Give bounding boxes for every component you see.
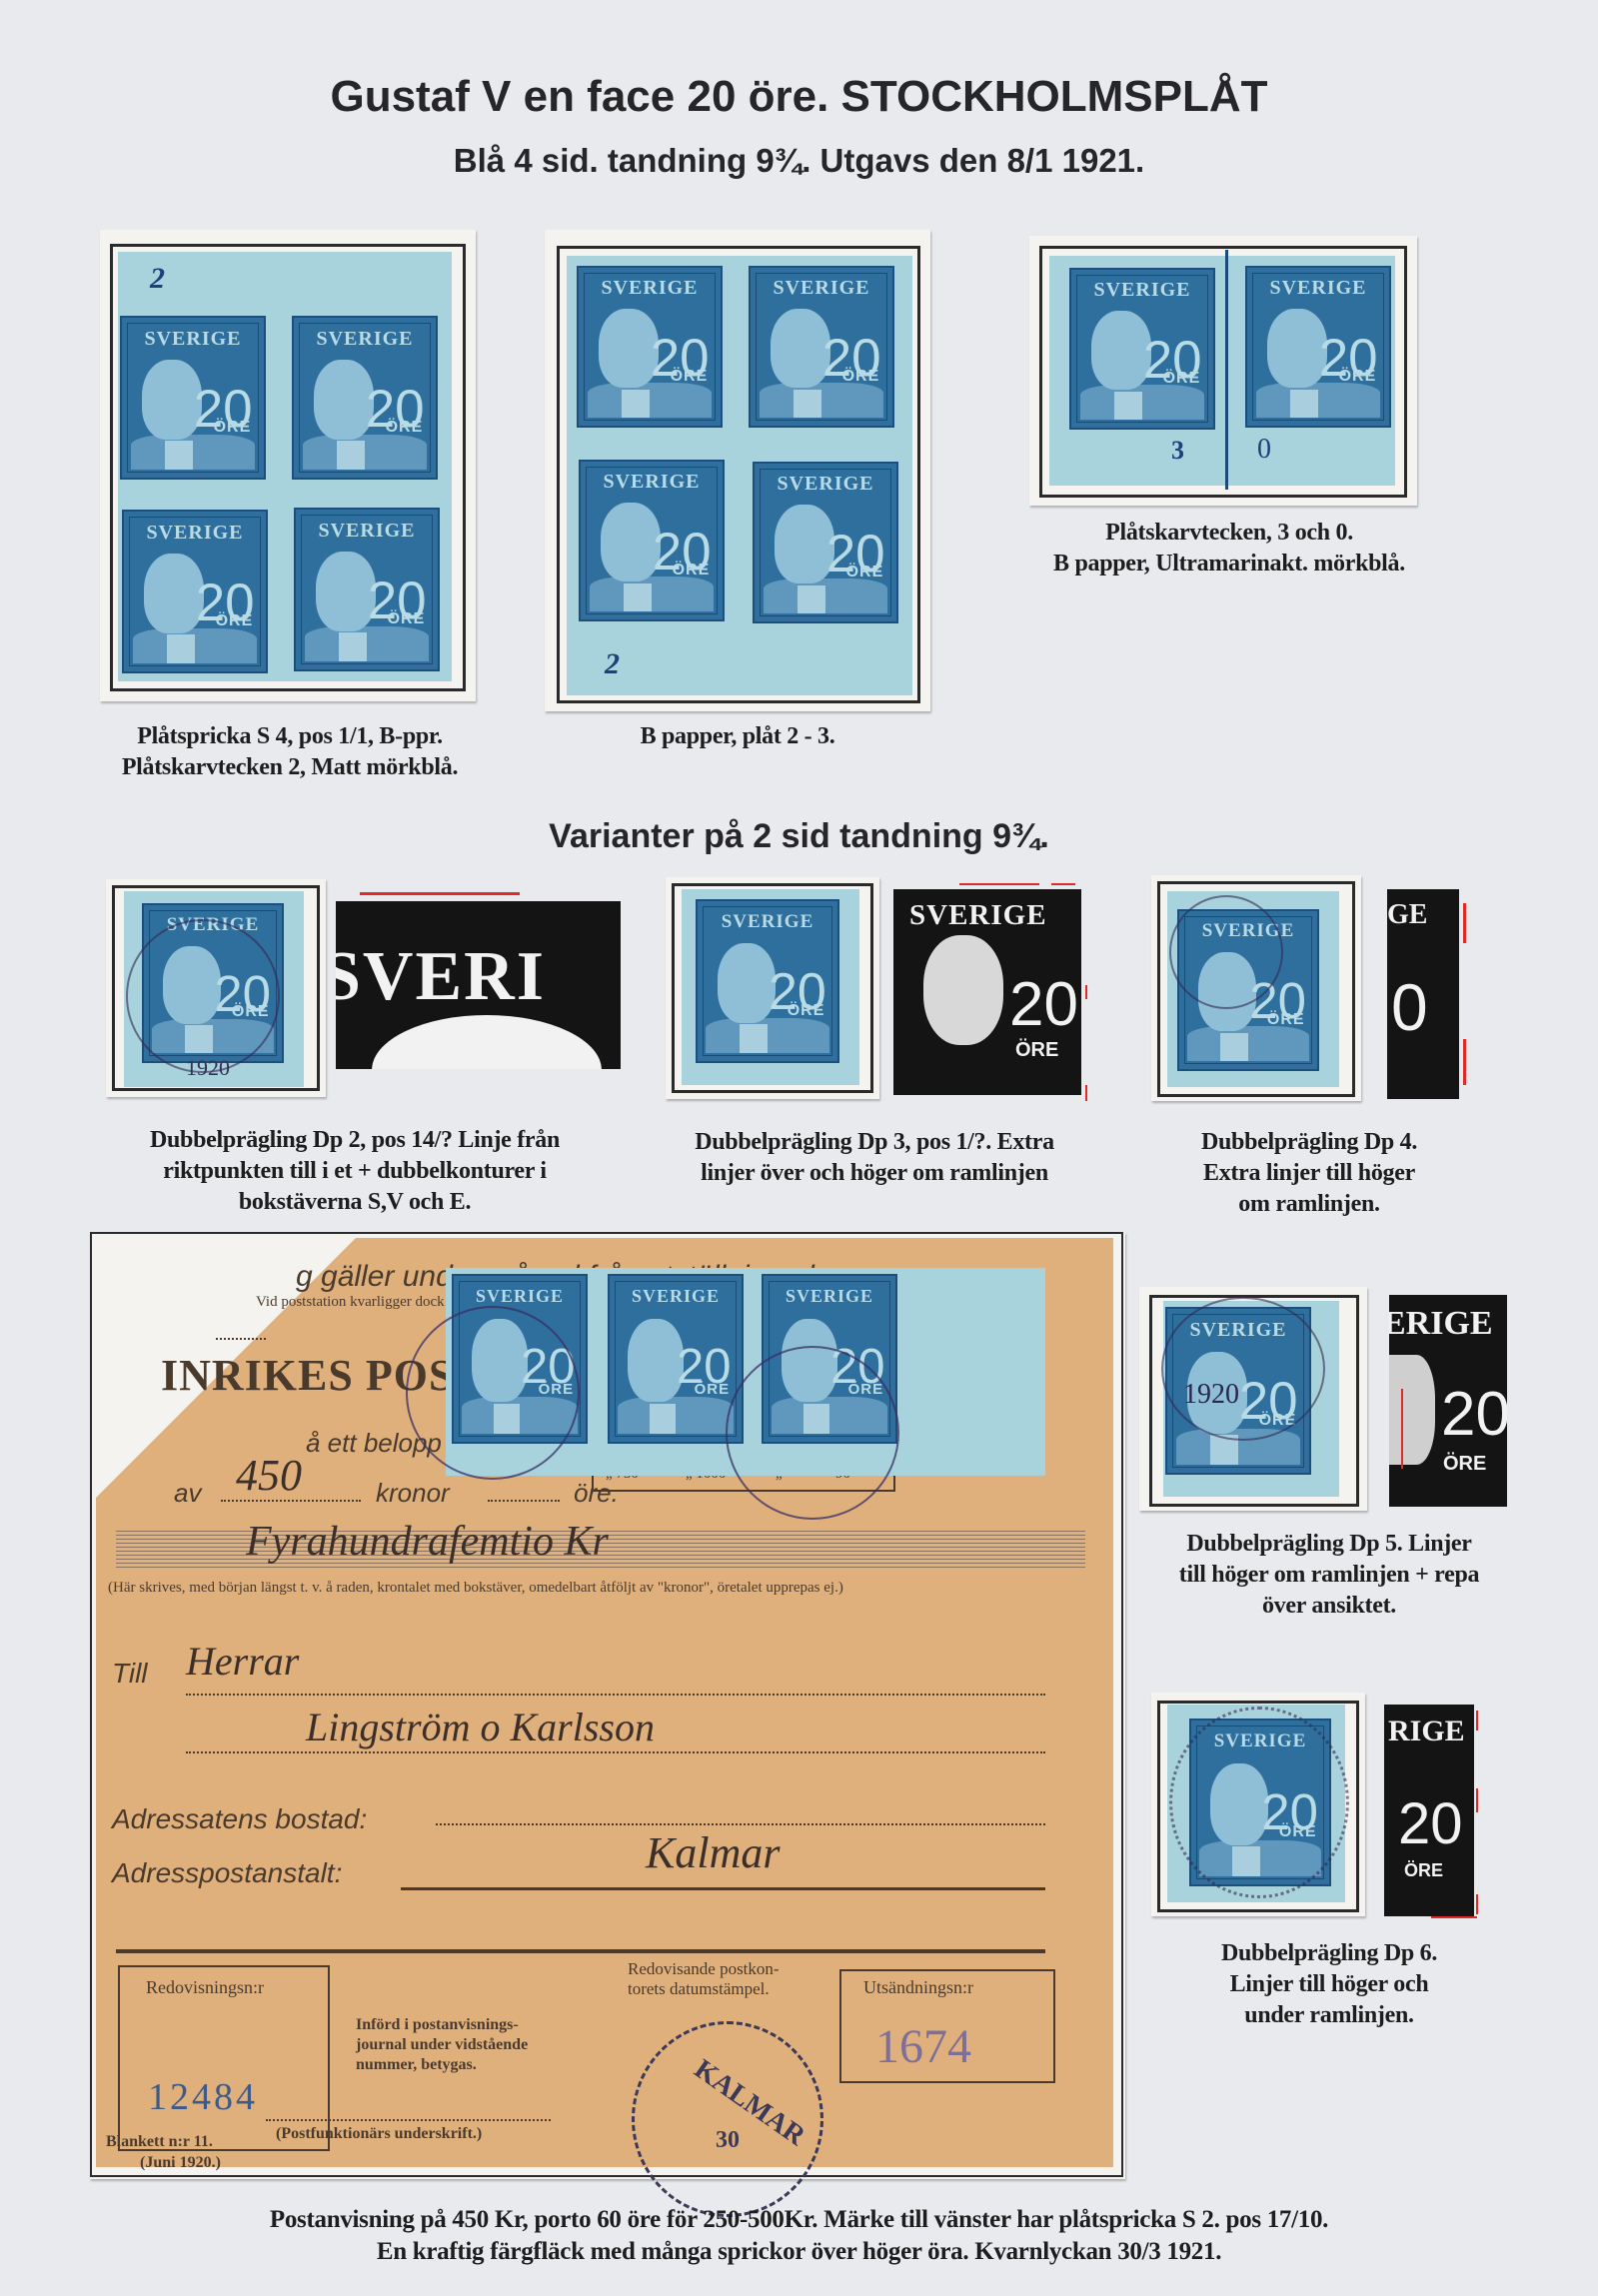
red-annotation bbox=[1085, 1085, 1087, 1101]
stamp: SVERIGE20ÖRE bbox=[122, 510, 268, 673]
stamp: SVERIGE20ÖRE bbox=[577, 266, 723, 428]
to-label: Till bbox=[112, 1658, 148, 1690]
enlargement-text: ERIGE bbox=[1389, 1305, 1493, 1343]
dp4-mount: SVERIGE20ÖRE bbox=[1151, 875, 1361, 1101]
accounting-value: 12484 bbox=[148, 2075, 258, 2119]
dispatch-label: Utsändningsn:r bbox=[863, 1977, 973, 1998]
stamp: SVERIGE20ÖRE bbox=[1069, 268, 1215, 430]
stamp-unit: ÖRE bbox=[673, 562, 711, 579]
dp2-enlargement: SVERI bbox=[336, 901, 621, 1069]
stamp-country: SVERIGE bbox=[1247, 277, 1389, 300]
enlargement-unit: ÖRE bbox=[1404, 1860, 1443, 1881]
cancellation bbox=[1161, 1297, 1325, 1441]
stamp-unit: ÖRE bbox=[1267, 1011, 1305, 1029]
stamp-country: SVERIGE bbox=[1071, 279, 1213, 302]
residence-label: Adressatens bostad: bbox=[112, 1803, 367, 1835]
cancel-year: 1920 bbox=[186, 1055, 230, 1081]
caption-line: om ramlinjen. bbox=[1159, 1189, 1459, 1220]
caption-line: Dubbelprägling Dp 2, pos 14/? Linje från bbox=[95, 1125, 615, 1156]
caption-line: Dubbelprägling Dp 6. bbox=[1139, 1938, 1519, 1969]
red-annotation bbox=[1431, 1916, 1477, 1918]
caption-line: över ansiktet. bbox=[1139, 1591, 1519, 1622]
portrait bbox=[628, 1319, 683, 1402]
enlargement-text: RIGE bbox=[1388, 1715, 1465, 1748]
portrait bbox=[601, 503, 661, 581]
portrait bbox=[142, 360, 202, 440]
stamp-unit: ÖRE bbox=[214, 419, 252, 437]
caption-line: bokstäverna S,V och E. bbox=[95, 1187, 615, 1218]
stamp-unit: ÖRE bbox=[1339, 368, 1377, 386]
dp5-caption: Dubbelprägling Dp 5. Linjer till höger o… bbox=[1139, 1529, 1519, 1622]
stamp: SVERIGE20ÖRE bbox=[1245, 266, 1391, 428]
accounting-label: Redovisningsn:r bbox=[146, 1977, 264, 1998]
form-date: (Juni 1920.) bbox=[140, 2154, 221, 2172]
datestamp-line: Redovisande postkon- bbox=[628, 1959, 780, 1979]
stamp-country: SVERIGE bbox=[581, 471, 723, 494]
red-annotation bbox=[1476, 1894, 1478, 1914]
journal-line: journal under vidstående bbox=[356, 2035, 528, 2055]
red-annotation bbox=[1051, 883, 1075, 885]
caption-line: En kraftig färgfläck med många sprickor … bbox=[0, 2236, 1598, 2268]
plate-join-line bbox=[1225, 250, 1228, 490]
dispatch-value: 1674 bbox=[875, 2019, 971, 2074]
stamp-unit: ÖRE bbox=[846, 564, 884, 581]
portrait bbox=[599, 309, 659, 388]
portrait bbox=[314, 360, 374, 440]
stamp-country: SVERIGE bbox=[122, 328, 264, 351]
dp5-mount: SVERIGE20ÖRE 1920 bbox=[1139, 1287, 1367, 1511]
cancellation bbox=[1169, 1707, 1349, 1898]
page-subtitle: Blå 4 sid. tandning 9¾. Utgavs den 8/1 1… bbox=[0, 142, 1598, 180]
postmark-day: 30 bbox=[716, 2127, 740, 2154]
cancellation bbox=[406, 1306, 580, 1480]
stamp: SVERIGE20ÖRE bbox=[753, 462, 898, 623]
portrait bbox=[316, 552, 376, 631]
cancellation bbox=[726, 1346, 899, 1520]
datestamp-line: torets datumstämpel. bbox=[628, 1979, 780, 1999]
portrait bbox=[144, 554, 204, 633]
stamp-country: SVERIGE bbox=[764, 1286, 895, 1307]
portrait bbox=[718, 943, 777, 1023]
stamp: SVERIGE20ÖRE bbox=[292, 316, 438, 480]
caption-line: riktpunkten till i et + dubbelkonturer i bbox=[95, 1156, 615, 1187]
dp2-caption: Dubbelprägling Dp 2, pos 14/? Linje från… bbox=[95, 1125, 615, 1218]
amount-in-words: Fyrahundrafemtio Kr bbox=[246, 1518, 609, 1566]
stamp-country: SVERIGE bbox=[610, 1286, 742, 1307]
block-1-mount: 2 SVERIGE20ÖRE SVERIGE20ÖRE SVERIGE20ÖRE… bbox=[100, 230, 476, 701]
dp3-enlargement: SVERIGE 20 ÖRE bbox=[893, 889, 1081, 1095]
red-annotation bbox=[1085, 985, 1087, 999]
dp4-caption: Dubbelprägling Dp 4. Extra linjer till h… bbox=[1159, 1127, 1459, 1220]
variants-heading: Varianter på 2 sid tandning 9¾. bbox=[0, 817, 1598, 856]
dp5-enlargement: ERIGE 20 ÖRE bbox=[1389, 1295, 1507, 1507]
cancellation bbox=[1169, 895, 1283, 1009]
red-annotation bbox=[1476, 1788, 1478, 1812]
stamp-unit: ÖRE bbox=[842, 368, 880, 386]
cancellation bbox=[126, 919, 280, 1073]
stamp-country: SVERIGE bbox=[296, 520, 438, 543]
caption-line: B papper, plåt 2 - 3. bbox=[545, 721, 930, 752]
journal-line: Införd i postanvisnings- bbox=[356, 2015, 528, 2035]
enlargement-value: 20 bbox=[1441, 1379, 1507, 1450]
caption-line: under ramlinjen. bbox=[1139, 2000, 1519, 2031]
plate-mark-0: 0 bbox=[1257, 434, 1271, 466]
caption-line: Plåtspricka S 4, pos 1/1, B-ppr. bbox=[70, 721, 510, 752]
stamp-unit: ÖRE bbox=[788, 1002, 825, 1020]
caption-line: Extra linjer till höger bbox=[1159, 1158, 1459, 1189]
stamp-country: SVERIGE bbox=[124, 522, 266, 545]
to-line-1: Herrar bbox=[186, 1638, 299, 1685]
enlargement-value: 20 bbox=[1398, 1790, 1463, 1857]
enlargement-text: GE bbox=[1387, 899, 1427, 931]
validity-sub: Vid poststation kvarligger dock bbox=[256, 1294, 445, 1311]
caption-line: till höger om ramlinjen + repa bbox=[1139, 1560, 1519, 1591]
portrait bbox=[771, 309, 830, 388]
stamp: SVERIGE20ÖRE bbox=[120, 316, 266, 480]
red-annotation bbox=[1463, 1039, 1466, 1085]
red-annotation bbox=[1476, 1711, 1478, 1730]
enlargement-text: SVERIGE bbox=[909, 899, 1047, 932]
dp6-mount: SVERIGE20ÖRE bbox=[1151, 1693, 1365, 1916]
money-order-mount: g gäller under e ånad från utställningsd… bbox=[90, 1232, 1125, 2179]
red-annotation bbox=[1401, 1389, 1403, 1469]
money-order-caption: Postanvisning på 450 Kr, porto 60 öre fö… bbox=[0, 2204, 1598, 2268]
stamp-unit: ÖRE bbox=[671, 368, 709, 386]
caption-line: Plåtskarvtecken 2, Matt mörkblå. bbox=[70, 752, 510, 783]
portrait bbox=[775, 505, 834, 583]
plate-mark-3: 3 bbox=[1171, 436, 1184, 466]
signature-label: (Postfunktionärs underskrift.) bbox=[276, 2125, 482, 2143]
money-order-card: g gäller under e ånad från utställningsd… bbox=[96, 1238, 1113, 2167]
caption-line: Postanvisning på 450 Kr, porto 60 öre fö… bbox=[0, 2204, 1598, 2236]
stamp-unit: ÖRE bbox=[388, 610, 426, 628]
stamp: SVERIGE20ÖRE bbox=[579, 460, 725, 621]
stamp-country: SVERIGE bbox=[751, 277, 892, 300]
caption-line: Linjer till höger och bbox=[1139, 1969, 1519, 2000]
enlargement-text: SVERI bbox=[336, 937, 546, 1017]
journal-note: Införd i postanvisnings- journal under v… bbox=[356, 2015, 528, 2075]
stamp: SVERIGE20ÖRE bbox=[749, 266, 894, 428]
dp3-caption: Dubbelprägling Dp 3, pos 1/?. Extra linj… bbox=[640, 1127, 1109, 1189]
cancel-year: 1920 bbox=[1183, 1379, 1239, 1411]
datestamp-label: Redovisande postkon- torets datumstämpel… bbox=[628, 1959, 780, 1999]
form-number: Blankett n:r 11. bbox=[106, 2133, 213, 2151]
post-office-value: Kalmar bbox=[646, 1827, 780, 1878]
stamp: SVERIGE20ÖRE bbox=[696, 899, 839, 1063]
enlargement-digit: 0 bbox=[1391, 969, 1428, 1045]
caption-line: linjer över och höger om ramlinjen bbox=[640, 1158, 1109, 1189]
block-3-caption: Plåtskarvtecken, 3 och 0. B papper, Ultr… bbox=[1009, 518, 1449, 579]
block-3-mount: 3 0 SVERIGE20ÖRE SVERIGE20ÖRE bbox=[1029, 236, 1417, 506]
kronor-label: kronor bbox=[376, 1478, 450, 1509]
stamp-unit: ÖRE bbox=[1163, 370, 1201, 388]
red-annotation bbox=[959, 883, 1039, 885]
instructions: (Här skrives, med början längst t. v. å … bbox=[108, 1578, 1097, 1598]
portrait bbox=[1091, 311, 1151, 390]
dp6-caption: Dubbelprägling Dp 6. Linjer till höger o… bbox=[1139, 1938, 1519, 2031]
enlargement-value: 20 bbox=[1009, 969, 1078, 1040]
caption-line: Dubbelprägling Dp 3, pos 1/?. Extra bbox=[640, 1127, 1109, 1158]
stamp: SVERIGE20ÖRE bbox=[294, 508, 440, 671]
caption-line: B papper, Ultramarinakt. mörkblå. bbox=[1009, 549, 1449, 579]
stamp-country: SVERIGE bbox=[755, 473, 896, 496]
block-2-mount: 2 SVERIGE20ÖRE SVERIGE20ÖRE SVERIGE20ÖRE… bbox=[545, 230, 930, 711]
plate-mark: 2 bbox=[605, 647, 620, 681]
stamp-country: SVERIGE bbox=[579, 277, 721, 300]
caption-line: Dubbelprägling Dp 4. bbox=[1159, 1127, 1459, 1158]
stamp-country: SVERIGE bbox=[294, 328, 436, 351]
caption-line: Dubbelprägling Dp 5. Linjer bbox=[1139, 1529, 1519, 1560]
enlargement-unit: ÖRE bbox=[1443, 1453, 1486, 1476]
stamp-country: SVERIGE bbox=[454, 1286, 586, 1307]
post-office-label: Adresspostanstalt: bbox=[112, 1857, 342, 1889]
dp2-mount: SVERIGE20ÖRE 1920 bbox=[106, 879, 326, 1097]
dp3-mount: SVERIGE20ÖRE bbox=[666, 877, 879, 1099]
stamp-unit: ÖRE bbox=[695, 1381, 731, 1398]
block-2-caption: B papper, plåt 2 - 3. bbox=[545, 721, 930, 752]
stamp-unit: ÖRE bbox=[216, 612, 254, 630]
page-title: Gustaf V en face 20 öre. STOCKHOLMSPLÅT bbox=[0, 72, 1598, 122]
journal-line: nummer, betygas. bbox=[356, 2055, 528, 2075]
amount-prefix: av bbox=[174, 1478, 201, 1509]
to-line-2: Lingström o Karlsson bbox=[306, 1704, 655, 1750]
caption-line: Plåtskarvtecken, 3 och 0. bbox=[1009, 518, 1449, 549]
portrait bbox=[1267, 309, 1327, 388]
plate-mark: 2 bbox=[150, 262, 165, 296]
amount-value: 450 bbox=[236, 1450, 302, 1501]
stamp-unit: ÖRE bbox=[386, 419, 424, 437]
dp4-enlargement: GE 0 bbox=[1387, 889, 1459, 1099]
stamp-country: SVERIGE bbox=[698, 911, 837, 933]
block-1-caption: Plåtspricka S 4, pos 1/1, B-ppr. Plåtska… bbox=[70, 721, 510, 783]
stamp: SVERIGE20ÖRE bbox=[608, 1274, 744, 1444]
red-annotation bbox=[1463, 903, 1466, 943]
dp6-enlargement: RIGE 20 ÖRE bbox=[1384, 1705, 1474, 1916]
enlargement-unit: ÖRE bbox=[1015, 1039, 1058, 1062]
